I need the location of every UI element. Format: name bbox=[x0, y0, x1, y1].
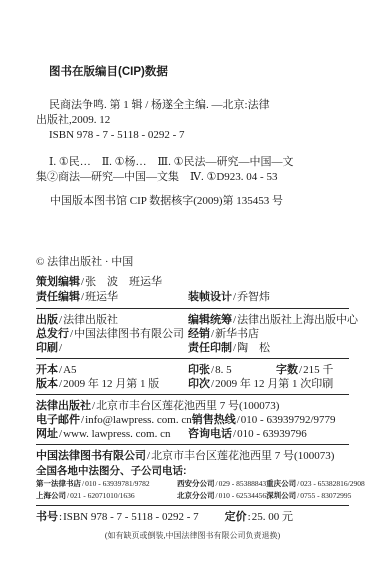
field-value: 010 - 63939781/9782 bbox=[85, 479, 150, 488]
field-price: 定价:25. 00 元 bbox=[225, 510, 293, 525]
field-label: 责任编辑 bbox=[36, 291, 80, 303]
field-value: 0755 - 83072995 bbox=[300, 491, 351, 500]
cip-classification-line2: 集②商法—研究—中国—文集 Ⅳ. ①D923. 04 - 53 bbox=[36, 170, 349, 185]
press-address-row: 法律出版社/北京市丰台区莲花池西里 7 号(100073) bbox=[36, 399, 349, 413]
field-label: 总发行 bbox=[36, 328, 69, 340]
field-duty-editor: 责任编辑/班运华 bbox=[36, 290, 188, 305]
branch-phone-row: 上海公司/021 - 62071010/1636 北京分公司/010 - 625… bbox=[36, 490, 349, 502]
editors-block: 策划编辑/张 波 班运华 责任编辑/班运华 装帧设计/乔智炜 bbox=[36, 275, 349, 305]
field-label: 定价 bbox=[225, 511, 247, 523]
cip-data-block: 图书在版编目(CIP)数据 民商法争鸣. 第 1 辑 / 杨遂全主编. —北京:… bbox=[36, 64, 349, 209]
divider bbox=[36, 505, 349, 506]
field-bookstore-address: 中国法律图书有限公司/北京市丰台区莲花池西里 7 号(100073) bbox=[36, 449, 334, 464]
field-first-law-bookstore: 第一法律书店/010 - 63939781/9782 bbox=[36, 478, 177, 490]
cip-title-line2: 出版社,2009. 12 bbox=[36, 113, 349, 128]
field-edition: 版本/2009 年 12 月第 1 版 bbox=[36, 377, 188, 391]
field-label: 印张 bbox=[188, 364, 210, 376]
printing-row: 印刷/ 责任印制/陶 松 bbox=[36, 341, 349, 355]
field-label: 上海公司 bbox=[36, 491, 66, 500]
field-label: 网址 bbox=[36, 428, 58, 440]
field-value: 法律出版社 bbox=[63, 314, 118, 326]
field-label: 出版 bbox=[36, 314, 58, 326]
cip-header: 图书在版编目(CIP)数据 bbox=[36, 64, 349, 80]
field-sales-hotline: 销售热线/010 - 63939792/9779 bbox=[192, 413, 336, 427]
field-value: 北京市丰台区莲花池西里 7 号(100073) bbox=[151, 450, 334, 462]
press-contact-block: 法律出版社/北京市丰台区莲花池西里 7 号(100073) 电子邮件/info@… bbox=[36, 399, 349, 441]
book-copyright-page: 图书在版编目(CIP)数据 民商法争鸣. 第 1 辑 / 杨遂全主编. —北京:… bbox=[0, 0, 379, 578]
press-website-row: 网址/www. lawpress. com. cn 咨询电话/010 - 639… bbox=[36, 427, 349, 441]
field-publisher: 出版/法律出版社 bbox=[36, 313, 188, 327]
field-label: 开本 bbox=[36, 364, 58, 376]
field-label: 责任印制 bbox=[188, 342, 232, 354]
field-word-count: 字数/215 千 bbox=[276, 363, 333, 377]
field-press-address: 法律出版社/北京市丰台区莲花池西里 7 号(100073) bbox=[36, 399, 279, 413]
bookstore-contact-block: 中国法律图书有限公司/北京市丰台区莲花池西里 7 号(100073) 全国各地中… bbox=[36, 449, 349, 502]
field-seller: 经销/新华书店 bbox=[188, 327, 259, 341]
field-label: 装帧设计 bbox=[188, 291, 232, 303]
field-value: A5 bbox=[63, 364, 76, 376]
field-printing: 印刷/ bbox=[36, 341, 188, 355]
field-value: 029 - 85388843 bbox=[219, 479, 267, 488]
field-printed-sheets: 印张/8. 5 bbox=[188, 363, 276, 377]
bookstore-address-row: 中国法律图书有限公司/北京市丰台区莲花池西里 7 号(100073) bbox=[36, 449, 349, 464]
publisher-row: 出版/法律出版社 编辑统筹/法律出版社上海出版中心 bbox=[36, 313, 349, 327]
field-beijing-branch: 北京分公司/010 - 62534456 bbox=[177, 490, 266, 502]
field-separator: / bbox=[58, 342, 63, 354]
field-value: 陶 松 bbox=[237, 342, 270, 354]
divider bbox=[36, 308, 349, 309]
field-value: 8. 5 bbox=[215, 364, 232, 376]
field-label: 印次 bbox=[188, 378, 210, 390]
field-label: 印刷 bbox=[36, 342, 58, 354]
field-value: 班运华 bbox=[85, 291, 118, 303]
price-row: 书号:ISBN 978 - 7 - 5118 - 0292 - 7 定价:25.… bbox=[36, 510, 349, 525]
field-label: 深圳公司 bbox=[266, 491, 296, 500]
field-label: 中国法律图书有限公司 bbox=[36, 450, 146, 462]
field-value: 215 千 bbox=[303, 364, 333, 376]
duty-editor-row: 责任编辑/班运华 装帧设计/乔智炜 bbox=[36, 290, 349, 305]
field-impression: 印次/2009 年 12 月第 1 次印刷 bbox=[188, 377, 333, 391]
field-value: 023 - 65382816/2908 bbox=[300, 479, 365, 488]
field-label: 字数 bbox=[276, 364, 298, 376]
field-label: 书号 bbox=[36, 511, 58, 523]
field-value: 021 - 62071010/1636 bbox=[70, 491, 135, 500]
divider bbox=[36, 444, 349, 445]
field-value: 乔智炜 bbox=[237, 291, 270, 303]
cip-record-number: 中国版本图书馆 CIP 数据核字(2009)第 135453 号 bbox=[36, 194, 349, 209]
publishing-block: 出版/法律出版社 编辑统筹/法律出版社上海出版中心 总发行/中国法律图书有限公司… bbox=[36, 313, 349, 355]
field-value: www. lawpress. com. cn bbox=[63, 428, 170, 440]
field-label: 西安分公司 bbox=[177, 479, 215, 488]
field-label: 策划编辑 bbox=[36, 276, 80, 288]
field-value: info@lawpress. com. cn bbox=[85, 414, 192, 426]
edition-row: 版本/2009 年 12 月第 1 版 印次/2009 年 12 月第 1 次印… bbox=[36, 377, 349, 391]
format-block: 开本/A5 印张/8. 5 字数/215 千 版本/2009 年 12 月第 1… bbox=[36, 363, 349, 391]
field-value: 2009 年 12 月第 1 版 bbox=[63, 378, 159, 390]
field-value: 法律出版社上海出版中心 bbox=[237, 314, 358, 326]
field-value: 010 - 62534456 bbox=[219, 491, 267, 500]
field-value: 北京市丰台区莲花池西里 7 号(100073) bbox=[96, 400, 279, 412]
field-shanghai-branch: 上海公司/021 - 62071010/1636 bbox=[36, 490, 177, 502]
field-value: 新华书店 bbox=[215, 328, 259, 340]
divider bbox=[36, 394, 349, 395]
field-inquiry-phone: 咨询电话/010 - 63939796 bbox=[188, 427, 307, 441]
field-label: 编辑统筹 bbox=[188, 314, 232, 326]
field-value: 010 - 63939792/9779 bbox=[241, 414, 336, 426]
format-row: 开本/A5 印张/8. 5 字数/215 千 bbox=[36, 363, 349, 377]
field-label: 法律出版社 bbox=[36, 400, 91, 412]
field-trim-size: 开本/A5 bbox=[36, 363, 188, 377]
field-value: ISBN 978 - 7 - 5118 - 0292 - 7 bbox=[63, 511, 199, 523]
field-chongqing-branch: 重庆公司/023 - 65382816/2908 bbox=[266, 478, 365, 490]
field-label: 重庆公司 bbox=[266, 479, 296, 488]
field-xian-branch: 西安分公司/029 - 85388843 bbox=[177, 478, 266, 490]
divider bbox=[36, 358, 349, 359]
field-general-distribution: 总发行/中国法律图书有限公司 bbox=[36, 327, 188, 341]
press-email-row: 电子邮件/info@lawpress. com. cn 销售热线/010 - 6… bbox=[36, 413, 349, 427]
field-label: 电子邮件 bbox=[36, 414, 80, 426]
field-planning-editor: 策划编辑/张 波 班运华 bbox=[36, 275, 162, 290]
field-value: 2009 年 12 月第 1 次印刷 bbox=[215, 378, 333, 390]
planning-editor-row: 策划编辑/张 波 班运华 bbox=[36, 275, 349, 290]
field-email: 电子邮件/info@lawpress. com. cn bbox=[36, 413, 192, 427]
field-shenzhen-branch: 深圳公司/0755 - 83072995 bbox=[266, 490, 351, 502]
field-label: 北京分公司 bbox=[177, 491, 215, 500]
cip-classification-line1: Ⅰ. ①民… Ⅱ. ①杨… Ⅲ. ①民法—研究—中国—文 bbox=[36, 155, 349, 170]
copyright-notice: © 法律出版社 · 中国 bbox=[36, 255, 349, 270]
distribution-row: 总发行/中国法律图书有限公司 经销/新华书店 bbox=[36, 327, 349, 341]
field-cover-design: 装帧设计/乔智炜 bbox=[188, 290, 270, 305]
field-website: 网址/www. lawpress. com. cn bbox=[36, 427, 188, 441]
field-editorial-coordinator: 编辑统筹/法律出版社上海出版中心 bbox=[188, 313, 358, 327]
field-value: 中国法律图书有限公司 bbox=[74, 328, 184, 340]
branch-phone-row: 第一法律书店/010 - 63939781/9782 西安分公司/029 - 8… bbox=[36, 478, 349, 490]
field-value: 25. 00 元 bbox=[252, 511, 293, 523]
field-label: 经销 bbox=[188, 328, 210, 340]
field-label: 咨询电话 bbox=[188, 428, 232, 440]
field-value: 张 波 班运华 bbox=[85, 276, 162, 288]
branches-heading: 全国各地中法图分、子公司电话: bbox=[36, 464, 349, 478]
cip-title-line1: 民商法争鸣. 第 1 辑 / 杨遂全主编. —北京:法律 bbox=[36, 98, 349, 113]
field-print-supervisor: 责任印制/陶 松 bbox=[188, 341, 270, 355]
replacement-note: (如有缺页或倒装,中国法律图书有限公司负责退换) bbox=[36, 530, 349, 542]
field-label: 销售热线 bbox=[192, 414, 236, 426]
cip-isbn-line: ISBN 978 - 7 - 5118 - 0292 - 7 bbox=[36, 128, 349, 143]
field-value: 010 - 63939796 bbox=[237, 428, 307, 440]
field-book-number: 书号:ISBN 978 - 7 - 5118 - 0292 - 7 bbox=[36, 510, 199, 525]
field-label: 第一法律书店 bbox=[36, 479, 81, 488]
field-label: 版本 bbox=[36, 378, 58, 390]
